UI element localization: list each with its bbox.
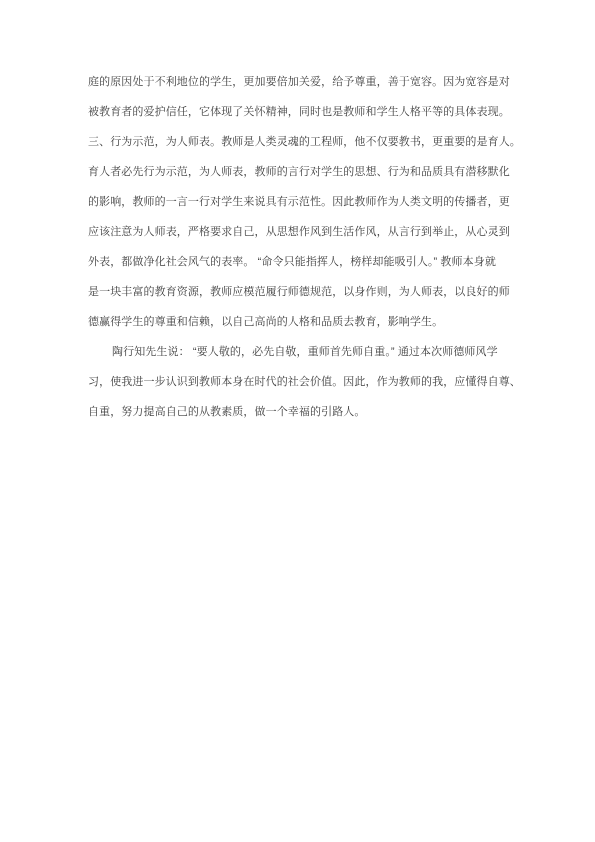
text-line: 育人者必先行为示范，为人师表，教师的言行对学生的思想、行为和品质具有潜移默化 bbox=[88, 157, 518, 187]
text-line: 是一块丰富的教育资源，教师应模范履行师德规范，以身作则，为人师表，以良好的师 bbox=[88, 277, 518, 307]
text-line: 自重，努力提高自己的从教素质，做一个幸福的引路人。 bbox=[88, 397, 518, 427]
text-line: 外表，都做净化社会风气的表率。 “命令只能指挥人，榜样却能吸引人。” 教师本身就 bbox=[88, 247, 518, 277]
text-line: 庭的原因处于不利地位的学生，更加要倍加关爱，给予尊重，善于宽容。因为宽容是对 bbox=[88, 67, 518, 97]
text-line: 德赢得学生的尊重和信赖，以自己高尚的人格和品质去教育，影响学生。 bbox=[88, 307, 518, 337]
document-text-block: 庭的原因处于不利地位的学生，更加要倍加关爱，给予尊重，善于宽容。因为宽容是对被教… bbox=[88, 67, 518, 427]
document-page: 庭的原因处于不利地位的学生，更加要倍加关爱，给予尊重，善于宽容。因为宽容是对被教… bbox=[0, 0, 595, 842]
text-line: 陶行知先生说： “要人敬的，必先自敬，重师首先师自重。” 通过本次师德师风学 bbox=[88, 337, 518, 367]
text-line: 三、行为示范，为人师表。教师是人类灵魂的工程师，他不仅要教书，更重要的是育人。 bbox=[88, 127, 518, 157]
text-line: 习，使我进一步认识到教师本身在时代的社会价值。因此，作为教师的我，应懂得自尊、 bbox=[88, 367, 518, 397]
text-line: 被教育者的爱护信任，它体现了关怀精神，同时也是教师和学生人格平等的具体表现。 bbox=[88, 97, 518, 127]
text-line: 的影响，教师的一言一行对学生来说具有示范性。因此教师作为人类文明的传播者，更 bbox=[88, 187, 518, 217]
text-line: 应该注意为人师表，严格要求自己，从思想作风到生活作风，从言行到举止，从心灵到 bbox=[88, 217, 518, 247]
